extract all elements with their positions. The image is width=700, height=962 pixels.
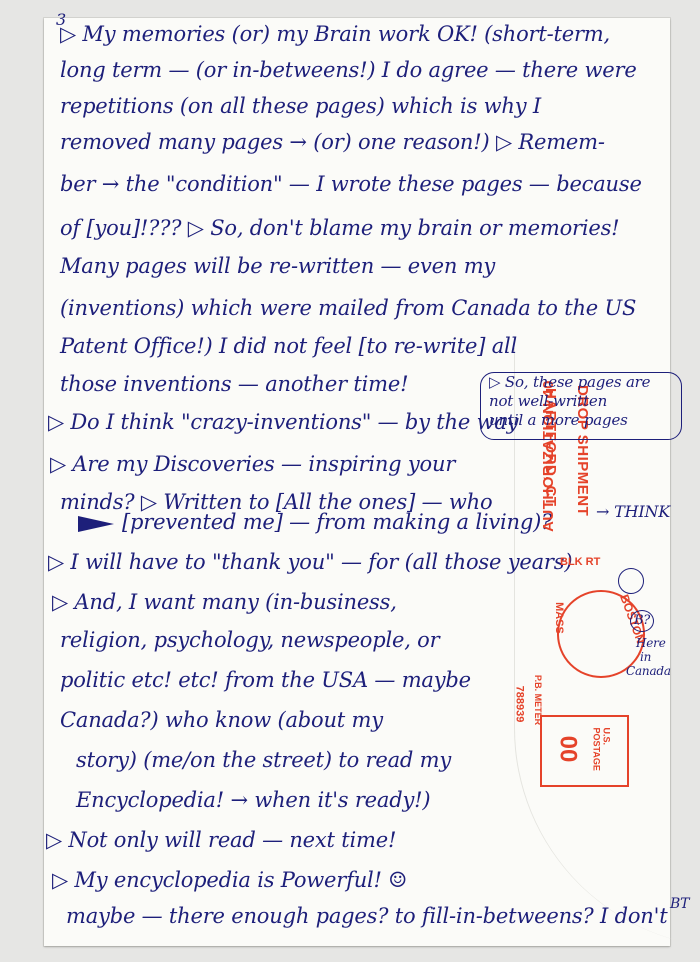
boxed-note-line: ▷ So, these pages are	[481, 373, 681, 392]
handwritten-line: long term — (or in-betweens!) I do agree…	[60, 58, 637, 82]
signature-tail: BT	[670, 896, 689, 912]
handwritten-line: (inventions) which were mailed from Cana…	[60, 296, 636, 320]
boxed-margin-note: ▷ So, these pages are not well-written u…	[480, 372, 682, 440]
think-note: → THINK	[596, 502, 670, 521]
circled-b-text: B?	[631, 611, 653, 631]
handwritten-line: story) (me/on the street) to read my	[76, 748, 451, 772]
handwritten-line: [prevented me] — from making a living)?	[122, 510, 552, 534]
circled-b-mark: B?	[630, 610, 654, 632]
postage-label: U.S. POSTAGE	[592, 728, 612, 779]
postmark-state: MASS	[553, 602, 565, 634]
handwritten-line: politic etc! etc! from the USA — maybe	[60, 668, 471, 692]
postage-amount: 00	[553, 736, 581, 763]
handwritten-line: ber → the "condition" — I wrote these pa…	[60, 172, 642, 196]
postage-meter-stamp: BOSTON MASS P.B. METER 788939 00 U.S. PO…	[535, 590, 645, 820]
handwritten-line: Encyclopedia! → when it's ready!)	[76, 788, 430, 812]
handwritten-line: ▷ Are my Discoveries — inspiring your	[50, 452, 455, 476]
here-note: Here	[636, 636, 666, 650]
in-note: in	[640, 650, 651, 664]
handwritten-line: ▷ Not only will read — next time!	[46, 828, 396, 852]
handwritten-line: religion, psychology, newspeople, or	[60, 628, 439, 652]
handwritten-line: repetitions (on all these pages) which i…	[60, 94, 541, 118]
handwritten-line: maybe — there enough pages? to fill-in-b…	[66, 904, 667, 928]
handwritten-line: removed many pages → (or) one reason!) ▷…	[60, 130, 605, 154]
handwritten-line: ▷ My encyclopedia is Powerful! ☺	[52, 868, 407, 892]
blk-rt-stamp: BLK RT	[560, 556, 600, 568]
handwritten-line: ▷ And, I want many (in-business,	[52, 590, 397, 614]
handwritten-line: Many pages will be re-written — even my	[60, 254, 495, 278]
handwritten-line: ▷ Do I think "crazy-inventions" — by the…	[48, 410, 518, 434]
meter-number: 788939	[513, 686, 525, 723]
handwritten-line: ▷ I will have to "thank you" — for (all …	[48, 550, 572, 574]
handwritten-line: Canada?) who know (about my	[60, 708, 383, 732]
boxed-note-line: not well-written	[481, 392, 681, 411]
handwritten-line: of [you]!??? ▷ So, don't blame my brain …	[60, 216, 619, 240]
handwritten-line: ▷ My memories (or) my Brain work OK! (sh…	[60, 22, 610, 46]
handwritten-line: Patent Office!) I did not feel [to re-wr…	[60, 334, 517, 358]
handwritten-line: those inventions — another time!	[60, 372, 408, 396]
postage-amount-box: 00 U.S. POSTAGE	[540, 715, 629, 787]
circled-mark	[618, 568, 644, 594]
shaded-arrow-icon	[78, 516, 114, 532]
boxed-note-line: until a more pages	[481, 411, 681, 430]
canada-note: Canada	[626, 664, 671, 678]
